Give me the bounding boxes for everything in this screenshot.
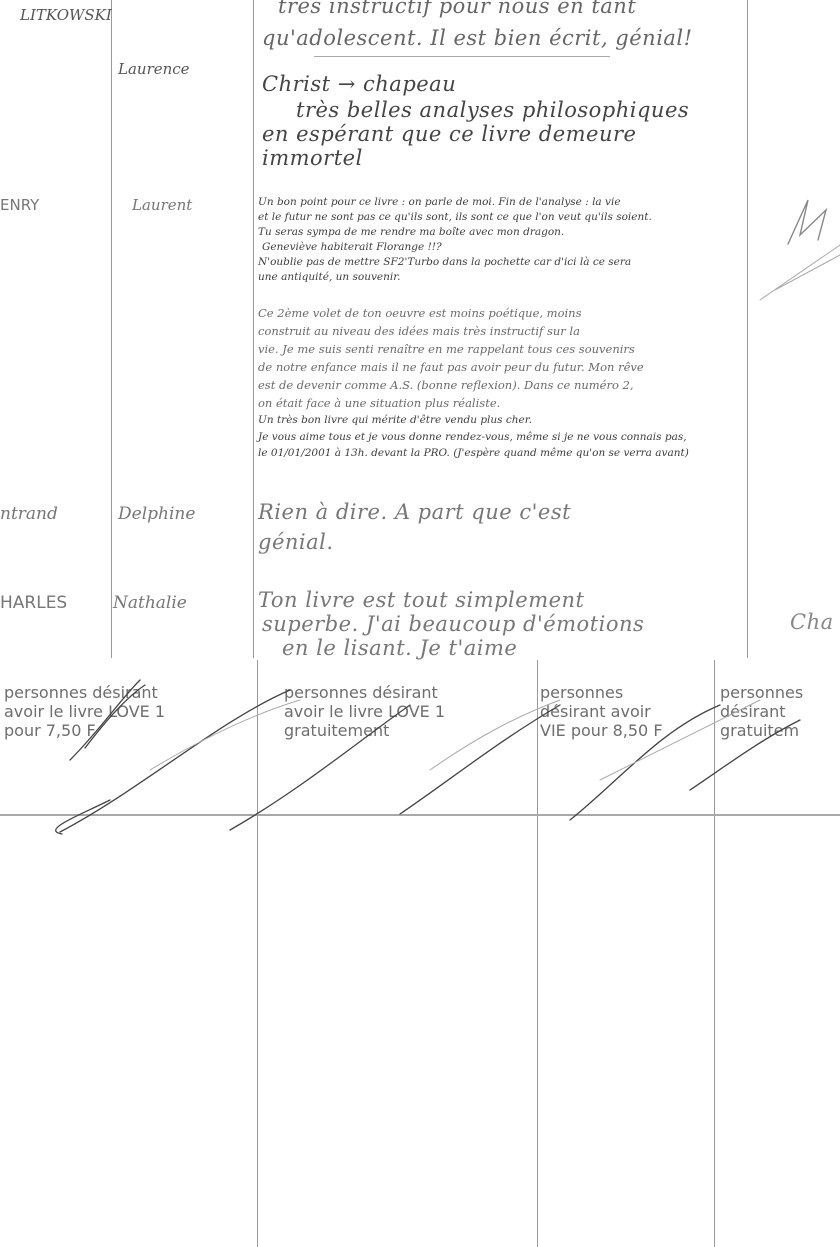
first-name-cell: Delphine: [118, 504, 195, 524]
comment-line: construit au niveau des idées mais très …: [258, 324, 580, 339]
comment-line: Ton livre est tout simplement: [258, 588, 585, 612]
order-header-separator: [0, 814, 840, 816]
header-line: personnes: [720, 683, 803, 702]
comment-line: Je vous aime tous et je vous donne rende…: [258, 431, 687, 444]
first-name-cell: Nathalie: [113, 593, 187, 613]
comment-line: on était face à une situation plus réali…: [258, 396, 500, 411]
order-header-3: personnes désirant avoir VIE pour 8,50 F: [540, 683, 663, 740]
last-name-cell: ntrand: [0, 504, 58, 524]
comment-line: qu'adolescent. Il est bien écrit, génial…: [262, 26, 693, 50]
comment-line: vie. Je me suis senti renaître en me rap…: [258, 342, 635, 357]
lower-divider-2: [537, 660, 538, 1247]
lower-divider-1: [257, 660, 258, 1247]
comment-line: Ce 2ème volet de ton oeuvre est moins po…: [258, 306, 582, 321]
comment-line: superbe. J'ai beaucoup d'émotions: [262, 612, 644, 636]
header-line: gratuitem: [720, 721, 803, 740]
header-line: désirant: [720, 702, 803, 721]
comment-line: génial.: [258, 530, 334, 554]
comment-line: très instructif pour nous en tant: [278, 0, 636, 18]
comment-line: est de devenir comme A.S. (bonne reflexi…: [258, 378, 634, 393]
header-line: avoir le livre LOVE 1: [4, 702, 165, 721]
comment-line: une antiquité, un souvenir.: [258, 271, 400, 284]
comment-line: Rien à dire. A part que c'est: [258, 500, 571, 524]
order-header-4: personnes désirant gratuitem: [720, 683, 803, 740]
upper-divider-2: [253, 0, 254, 658]
comment-line: Un bon point pour ce livre : on parle de…: [258, 196, 621, 209]
header-line: VIE pour 8,50 F: [540, 721, 663, 740]
underline-stroke: [314, 56, 610, 57]
comment-line: immortel: [262, 146, 363, 170]
first-name-cell: Laurent: [132, 196, 192, 214]
comment-line: de notre enfance mais il ne faut pas avo…: [258, 360, 644, 375]
comment-line: le 01/01/2001 à 13h. devant la PRO. (J'e…: [258, 447, 689, 460]
last-name-cell: LITKOWSKI: [20, 6, 112, 24]
first-name-cell: Laurence: [118, 60, 190, 78]
lower-divider-3: [714, 660, 715, 1247]
header-line: désirant avoir: [540, 702, 663, 721]
upper-divider-1: [111, 0, 112, 658]
comment-line: Tu seras sympa de me rendre ma boîte ave…: [258, 226, 564, 239]
order-header-2: personnes désirant avoir le livre LOVE 1…: [284, 683, 445, 740]
comment-line: très belles analyses philosophiques: [296, 98, 689, 122]
header-line: gratuitement: [284, 721, 445, 740]
upper-divider-3: [747, 0, 748, 658]
comment-line: N'oublie pas de mettre SF2'Turbo dans la…: [258, 256, 631, 269]
comment-line: en espérant que ce livre demeure: [262, 122, 636, 146]
header-line: avoir le livre LOVE 1: [284, 702, 445, 721]
comment-line: Geneviève habiterait Florange !!?: [262, 241, 442, 254]
last-name-cell: HARLES: [0, 593, 67, 613]
comment-line: et le futur ne sont pas ce qu'ils sont, …: [258, 211, 652, 224]
comment-line: en le lisant. Je t'aime: [282, 636, 517, 660]
comment-line: Un très bon livre qui mérite d'être vend…: [258, 414, 532, 427]
header-line: pour 7,50 F: [4, 721, 165, 740]
last-name-cell: ENRY: [0, 196, 39, 214]
comment-line: Christ → chapeau: [262, 72, 456, 96]
margin-note: Cha: [790, 610, 834, 634]
order-header-1: personnes désirant avoir le livre LOVE 1…: [4, 683, 165, 740]
header-line: personnes désirant: [4, 683, 165, 702]
header-line: personnes: [540, 683, 663, 702]
header-line: personnes désirant: [284, 683, 445, 702]
